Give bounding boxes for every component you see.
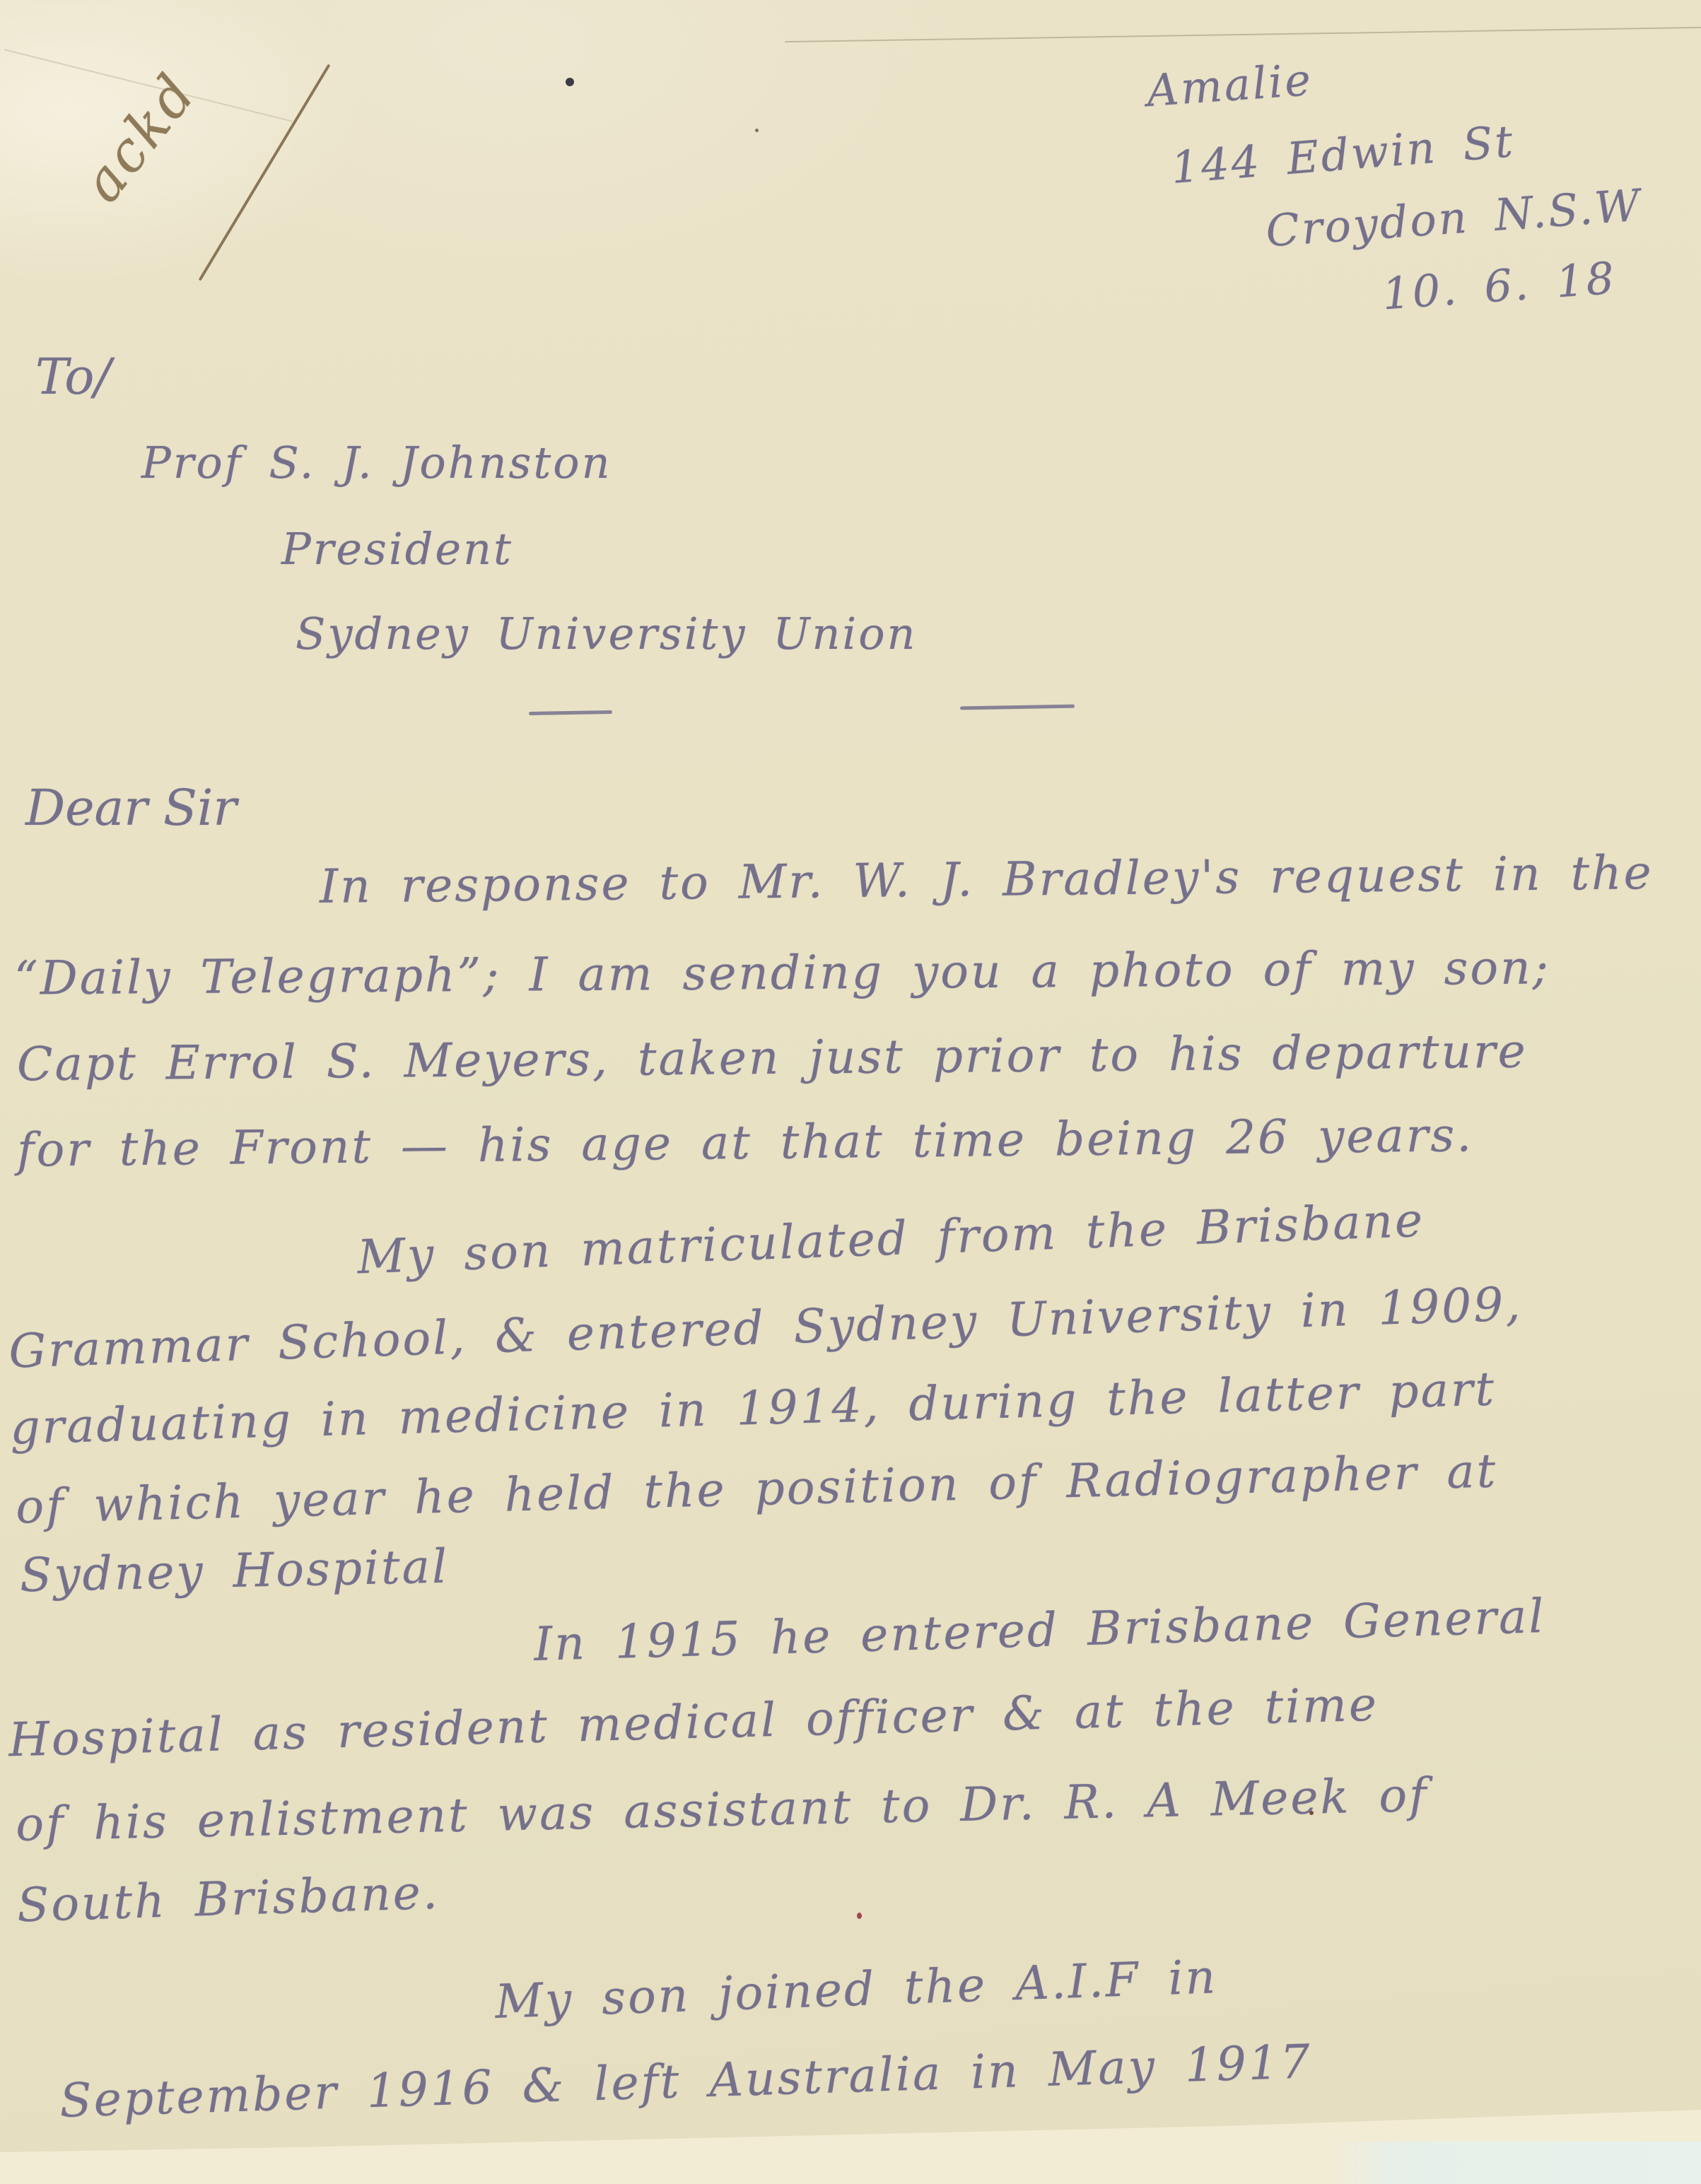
sender-city-state: Croydon N.S.W (1264, 180, 1644, 257)
scanned-letter-background: ackd Amalie 144 Edwin St Croydon N.S.W 1… (0, 0, 1701, 2184)
body-line: In response to Mr. W. J. Bradley's reque… (320, 845, 1654, 914)
body-line: graduating in medicine in 1914, during t… (9, 1361, 1497, 1455)
ink-speck (1309, 1811, 1314, 1815)
body-line: for the Front — his age at that time bei… (17, 1108, 1474, 1178)
fold-crease (785, 27, 1701, 42)
sender-house-name: Amalie (1145, 54, 1314, 117)
body-line: September 1916 & left Australia in May 1… (59, 2034, 1313, 2128)
body-line: Sydney Hospital (19, 1539, 450, 1603)
sender-street: 144 Edwin St (1169, 115, 1516, 194)
recipient-organisation: Sydney University Union (296, 608, 917, 659)
ackd-annotation-slash (199, 64, 331, 281)
body-line: of which year he held the position of Ra… (15, 1443, 1498, 1534)
ackd-annotation: ackd (71, 61, 209, 214)
body-line: of his enlistment was assistant to Dr. R… (15, 1768, 1429, 1852)
ink-speck (755, 129, 759, 132)
ink-speck (566, 78, 574, 86)
body-line: South Brisbane. (16, 1865, 440, 1933)
recipient-to-mark: To/ (35, 348, 111, 406)
body-line: My son matriculated from the Brisbane (356, 1193, 1425, 1285)
body-line: Capt Errol S. Meyers, taken just prior t… (17, 1024, 1528, 1092)
backing-sheet-edge (1329, 2142, 1701, 2184)
body-line: “Daily Telegraph”; I am sending you a ph… (14, 940, 1550, 1005)
body-line: In 1915 he entered Brisbane General (533, 1589, 1546, 1672)
recipient-name: Prof S. J. Johnston (141, 437, 612, 488)
ink-speck (857, 1913, 862, 1919)
letter-date: 10. 6. 18 (1381, 252, 1618, 320)
body-line: Grammar School, & entered Sydney Univers… (8, 1276, 1523, 1378)
salutation: Dear Sir (25, 779, 237, 837)
letter-sheet: ackd Amalie 144 Edwin St Croydon N.S.W 1… (0, 0, 1701, 2184)
underline-mark (960, 705, 1075, 710)
underline-mark (529, 710, 612, 715)
body-line: Hospital as resident medical officer & a… (8, 1677, 1379, 1768)
recipient-title: President (281, 523, 513, 575)
body-line: My son joined the A.I.F in (494, 1949, 1218, 2029)
